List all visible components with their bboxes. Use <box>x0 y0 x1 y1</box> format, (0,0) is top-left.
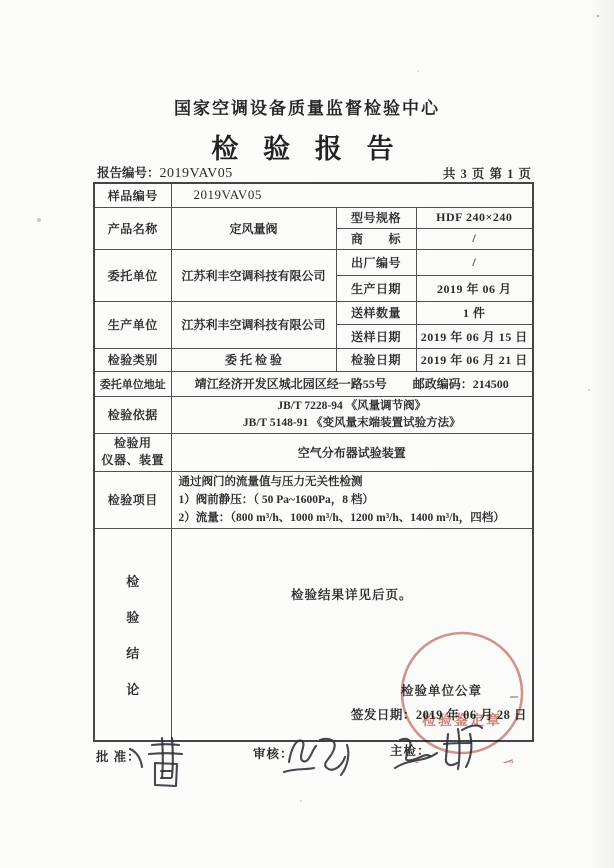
page-count-info: 共 3 页 第 1 页 <box>443 164 532 182</box>
table-row: 检 验 结 论 检验结果详见后页。 检验单位公章 签发日期：2019 年 06 … <box>94 528 533 741</box>
basis-value: JB/T 7228-94 《风量调节阀》 JB/T 5148-91 《变风量末端… <box>171 396 533 433</box>
prod-date-label: 生产日期 <box>336 275 416 301</box>
items-value: 通过阀门的流量值与压力无关性检测 1）阀前静压：（ 50 Pa~1600Pa，8… <box>171 471 533 528</box>
table-row: 检验类别 委 托 检 验 检验日期 2019 年 06 月 21 日 <box>94 348 533 371</box>
table-row: 检验项目 通过阀门的流量值与压力无关性检测 1）阀前静压：（ 50 Pa~160… <box>94 471 533 528</box>
sample-date-label: 送样日期 <box>336 324 416 348</box>
report-number-line: 报告编号：2019VAV05 共 3 页 第 1 页 <box>97 163 532 181</box>
factory-no-label: 出厂编号 <box>336 249 416 275</box>
factory-no-value: / <box>416 249 533 275</box>
table-row: 样品编号 2019VAV05 <box>94 183 533 207</box>
items-line3: 2）流量：（800 m³/h、1000 m³/h、1200 m³/h、1400 … <box>179 509 530 527</box>
inspection-type-label: 检验类别 <box>94 348 171 371</box>
items-line2: 1）阀前静压：（ 50 Pa~1600Pa，8 档） <box>179 491 530 509</box>
qty-label: 送样数量 <box>336 301 416 324</box>
conclusion-char: 检 <box>126 571 139 590</box>
inspection-date-value: 2019 年 06 月 21 日 <box>416 348 533 371</box>
table-row: 生产单位 江苏利丰空调科技有限公司 送样数量 1 件 <box>94 301 533 324</box>
client-address-label: 委托单位地址 <box>94 371 171 396</box>
client-value: 江苏利丰空调科技有限公司 <box>171 249 336 301</box>
address-text: 靖江经济开发区城北园区经一路55号 <box>195 377 387 391</box>
items-label: 检验项目 <box>94 471 171 528</box>
conclusion-text: 检验结果详见后页。 <box>172 585 533 603</box>
report-number-label: 报告编号： <box>97 166 160 180</box>
table-row: 委托单位地址 靖江经济开发区城北园区经一路55号邮政编码：214500 <box>94 371 533 396</box>
inspection-type-value: 委 托 检 验 <box>171 348 336 371</box>
report-table: 样品编号 2019VAV05 产品名称 定风量阀 型号规格 HDF 240×24… <box>93 182 534 742</box>
table-row: 产品名称 定风量阀 型号规格 HDF 240×240 <box>94 207 533 228</box>
model-value: HDF 240×240 <box>416 207 533 228</box>
sample-no-label: 样品编号 <box>94 183 171 207</box>
basis-line1: JB/T 7228-94 《风量调节阀》 <box>175 398 530 415</box>
sample-date-value: 2019 年 06 月 15 日 <box>416 324 533 348</box>
trademark-label: 商 标 <box>336 228 416 249</box>
approve-label: 批 准： <box>96 747 141 765</box>
conclusion-cell: 检验结果详见后页。 检验单位公章 签发日期：2019 年 06 月 28 日 <box>171 528 533 741</box>
apparatus-label-line1: 检验用 <box>98 435 168 452</box>
manufacturer-value: 江苏利丰空调科技有限公司 <box>171 301 336 348</box>
manufacturer-label: 生产单位 <box>94 301 171 348</box>
scan-noise <box>597 15 599 17</box>
prod-date-value: 2019 年 06 月 <box>416 275 533 301</box>
apparatus-label: 检验用 仪器、装置 <box>94 433 171 471</box>
postcode-text: 邮政编码：214500 <box>413 377 509 391</box>
report-number-value: 2019VAV05 <box>160 166 233 181</box>
basis-label: 检验依据 <box>94 396 171 433</box>
product-name-label: 产品名称 <box>94 207 171 249</box>
items-line1: 通过阀门的流量值与压力无关性检测 <box>179 473 530 491</box>
organization-title: 国家空调设备质量监督检验中心 <box>0 94 614 119</box>
chief-label: 主检： <box>390 741 431 759</box>
inspection-date-label: 检验日期 <box>336 348 416 371</box>
issue-date-value: 2019 年 06 月 28 日 <box>416 708 527 722</box>
trademark-value: / <box>416 228 533 249</box>
model-label: 型号规格 <box>336 207 416 228</box>
conclusion-char: 结 <box>126 643 139 662</box>
client-address-value: 靖江经济开发区城北园区经一路55号邮政编码：214500 <box>171 371 533 396</box>
client-label: 委托单位 <box>94 249 171 301</box>
conclusion-char: 验 <box>126 607 139 626</box>
sample-no-value: 2019VAV05 <box>171 183 533 207</box>
conclusion-char: 论 <box>126 679 139 698</box>
table-row: 检验用 仪器、装置 空气分布器试验装置 <box>94 433 533 471</box>
apparatus-label-line2: 仪器、装置 <box>98 452 168 469</box>
qty-value: 1 件 <box>416 301 533 324</box>
apparatus-value: 空气分布器试验装置 <box>171 433 533 471</box>
seal-caption: 检验单位公章 <box>401 681 482 699</box>
conclusion-label: 检 验 结 论 <box>94 528 171 741</box>
issue-date-line: 签发日期：2019 年 06 月 28 日 <box>351 705 527 723</box>
table-row: 委托单位 江苏利丰空调科技有限公司 出厂编号 / <box>94 249 533 275</box>
table-row: 检验依据 JB/T 7228-94 《风量调节阀》 JB/T 5148-91 《… <box>94 396 533 433</box>
scanned-report-page: 国家空调设备质量监督检验中心 检 验 报 告 报告编号：2019VAV05 共 … <box>0 0 614 868</box>
basis-line2: JB/T 5148-91 《变风量末端装置试验方法》 <box>175 415 530 432</box>
review-label: 审核： <box>253 744 294 762</box>
product-name-value: 定风量阀 <box>171 207 336 249</box>
report-title: 检 验 报 告 <box>0 127 614 166</box>
issue-date-label: 签发日期： <box>351 708 416 722</box>
